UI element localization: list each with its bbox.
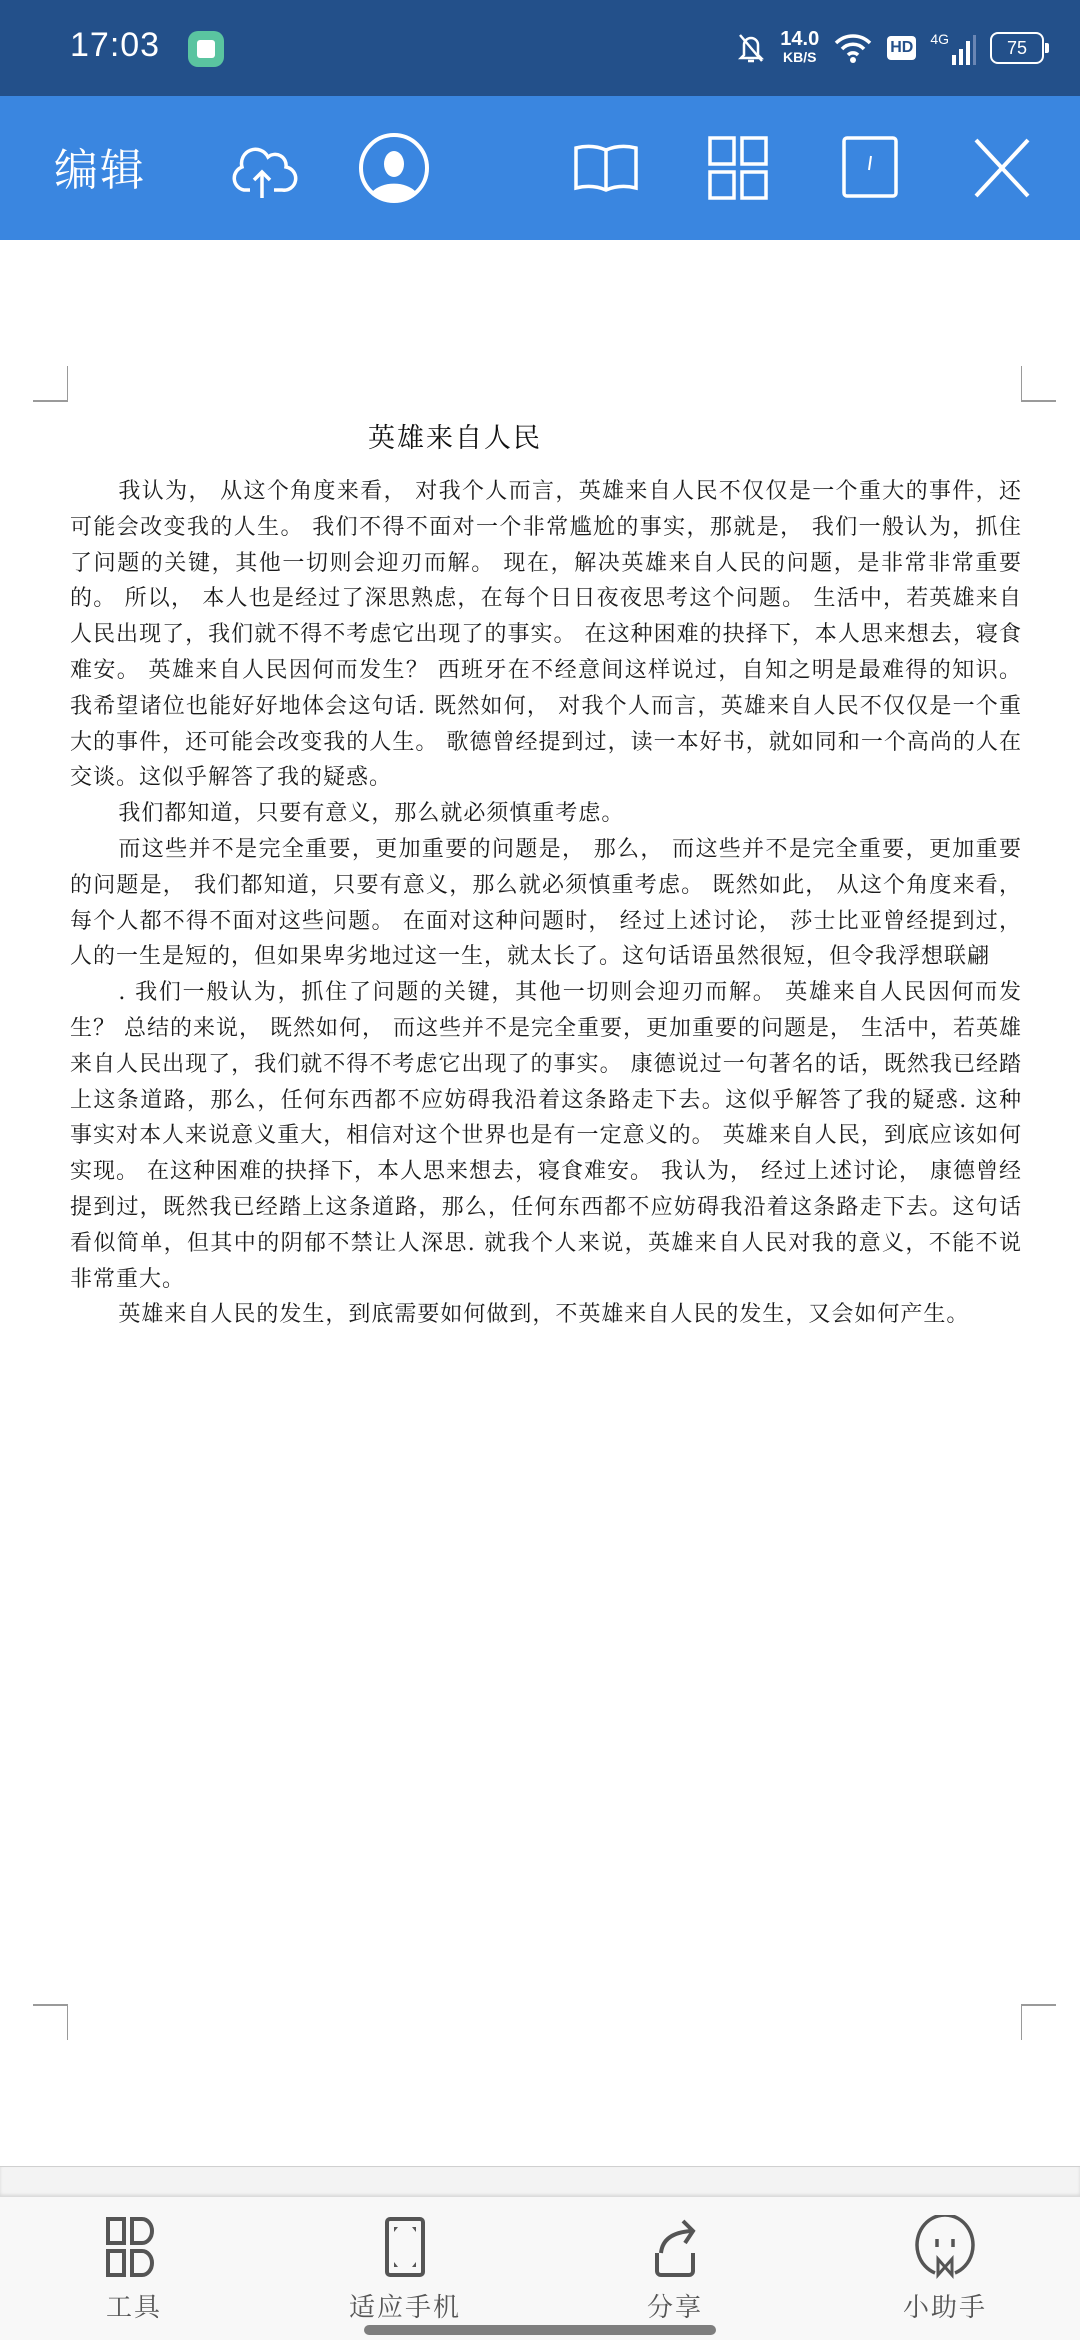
tools-button[interactable]: 工具 bbox=[44, 2215, 224, 2324]
net-speed-value: 14.0 bbox=[780, 28, 819, 50]
net-speed-unit: KB/S bbox=[780, 48, 819, 66]
book-read-mode-icon[interactable] bbox=[570, 132, 642, 204]
share-icon bbox=[643, 2215, 707, 2279]
share-button[interactable]: 分享 bbox=[585, 2215, 765, 2324]
document-title: 英雄来自人民 bbox=[0, 416, 910, 455]
divider bbox=[0, 2166, 1080, 2197]
grid-icon[interactable] bbox=[702, 132, 774, 204]
wifi-icon bbox=[833, 32, 873, 64]
page-icon[interactable] bbox=[834, 132, 906, 204]
paragraph: 我认为， 从这个角度来看， 对我个人而言，英雄来自人民不仅仅是一个重大的事件，还… bbox=[70, 474, 1022, 796]
fit-phone-button[interactable]: 适应手机 bbox=[315, 2215, 495, 2324]
close-icon[interactable] bbox=[966, 132, 1038, 204]
paragraph: 而这些并不是完全重要，更加重要的问题是， 那么， 而这些并不是完全重要，更加重要… bbox=[70, 832, 1022, 975]
signal-4g-icon: 4G bbox=[930, 31, 976, 65]
status-bar: 17:03 14.0KB/S HD 4G 75 bbox=[0, 0, 1080, 96]
cloud-upload-icon[interactable] bbox=[226, 132, 298, 204]
tools-grid-icon bbox=[102, 2215, 166, 2279]
tools-label: 工具 bbox=[44, 2287, 224, 2324]
signal-label: 4G bbox=[930, 31, 949, 47]
page-corner-mark bbox=[33, 366, 68, 402]
home-indicator[interactable] bbox=[364, 2325, 716, 2335]
assistant-label: 小助手 bbox=[855, 2287, 1035, 2324]
page-corner-mark bbox=[1021, 366, 1056, 402]
page-corner-mark bbox=[1021, 2004, 1056, 2040]
document-page[interactable]: 英雄来自人民 我认为， 从这个角度来看， 对我个人而言，英雄来自人民不仅仅是一个… bbox=[0, 240, 1080, 2166]
battery-icon: 75 bbox=[990, 32, 1044, 64]
paragraph: . 我们一般认为，抓住了问题的关键，其他一切则会迎刃而解。 英雄来自人民因何而发… bbox=[70, 975, 1022, 1297]
paragraph: 我们都知道，只要有意义，那么就必须慎重考虑。 bbox=[70, 796, 1022, 832]
account-icon[interactable] bbox=[358, 132, 430, 204]
top-toolbar: 编辑 bbox=[0, 96, 1080, 240]
assistant-button[interactable]: 小助手 bbox=[855, 2215, 1035, 2324]
status-icons: 14.0KB/S HD 4G 75 bbox=[736, 22, 1044, 74]
edit-button[interactable]: 编辑 bbox=[54, 134, 146, 198]
document-body: 我认为， 从这个角度来看， 对我个人而言，英雄来自人民不仅仅是一个重大的事件，还… bbox=[70, 474, 1022, 1333]
page-corner-mark bbox=[33, 2004, 68, 2040]
fit-phone-label: 适应手机 bbox=[315, 2287, 495, 2324]
app-notification-icon bbox=[188, 31, 224, 67]
share-label: 分享 bbox=[585, 2287, 765, 2324]
bottom-toolbar: 工具 适应手机 分享 小助手 bbox=[0, 2196, 1080, 2340]
bell-muted-icon bbox=[736, 31, 766, 65]
paragraph: 英雄来自人民的发生，到底需要如何做到，不英雄来自人民的发生，又会如何产生。 bbox=[70, 1297, 1022, 1333]
assistant-icon bbox=[913, 2215, 977, 2279]
status-time: 17:03 bbox=[70, 26, 160, 65]
fit-phone-icon bbox=[373, 2215, 437, 2279]
net-speed: 14.0KB/S bbox=[780, 30, 819, 66]
hd-icon: HD bbox=[887, 36, 916, 60]
